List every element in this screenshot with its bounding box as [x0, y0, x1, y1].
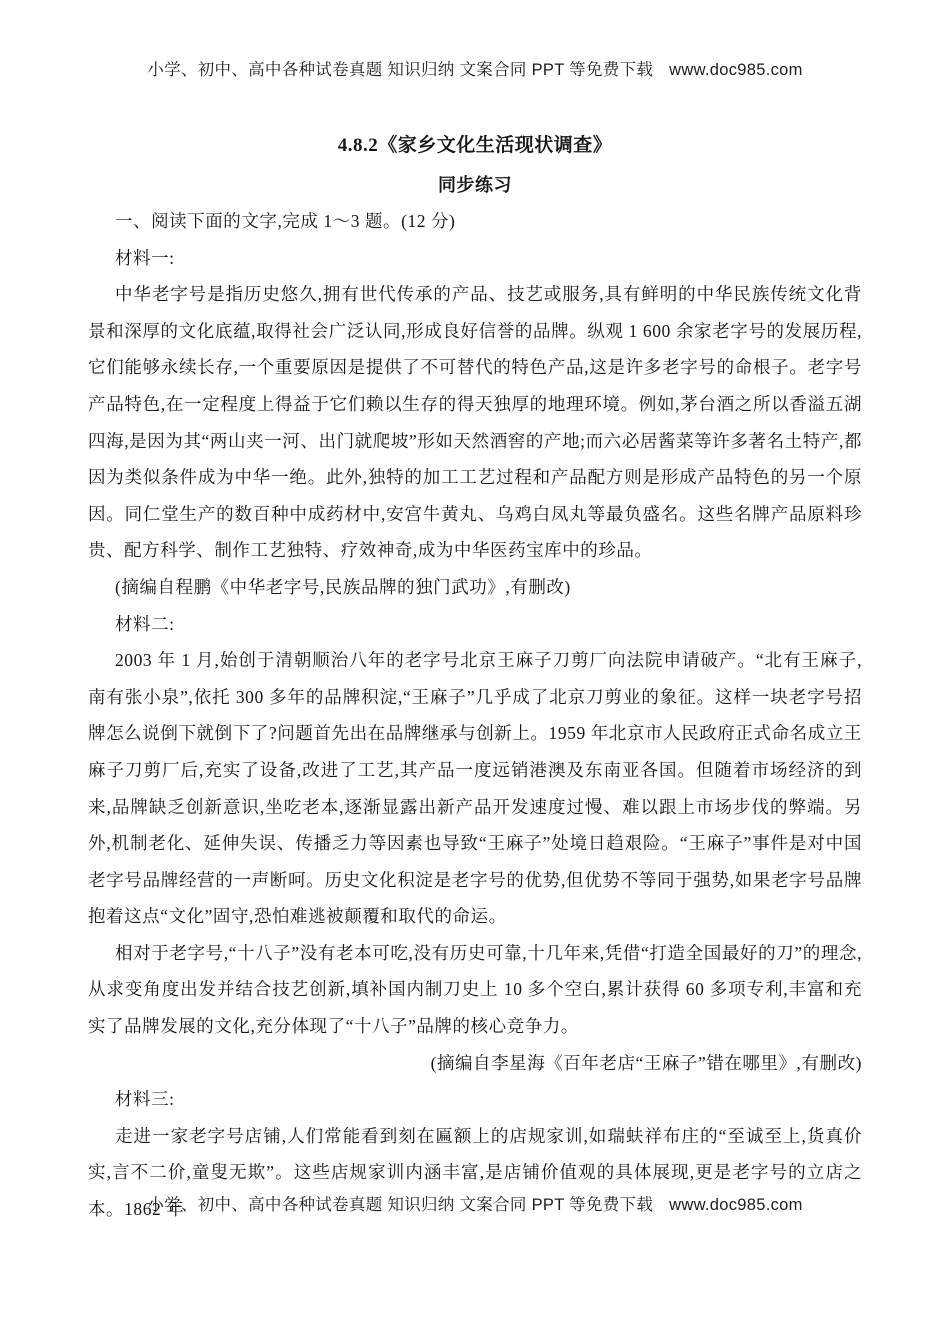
material-2-paragraph-1: 2003 年 1 月,始创于清朝顺治八年的老字号北京王麻子刀剪厂向法院申请破产。… [88, 642, 862, 935]
material-1-label: 材料一: [88, 240, 862, 277]
document-body: 一、阅读下面的文字,完成 1～3 题。(12 分) 材料一: 中华老字号是指历史… [88, 203, 862, 1228]
site-banner-bottom-url: www.doc985.com [669, 1196, 803, 1214]
site-banner-bottom: 小学、初中、高中各种试卷真题 知识归纳 文案合同 PPT 等免费下载www.do… [0, 1195, 950, 1216]
site-banner-top-url: www.doc985.com [669, 61, 803, 79]
material-2-paragraph-2: 相对于老字号,“十八子”没有老本可吃,没有历史可靠,十几年来,凭借“打造全国最好… [88, 935, 862, 1045]
site-banner-bottom-text: 小学、初中、高中各种试卷真题 知识归纳 文案合同 PPT 等免费下载 [147, 1196, 653, 1214]
document-title: 4.8.2《家乡文化生活现状调查》 [88, 133, 862, 159]
document-page: 4.8.2《家乡文化生活现状调查》 同步练习 一、阅读下面的文字,完成 1～3 … [88, 133, 862, 1228]
material-1-paragraph: 中华老字号是指历史悠久,拥有世代传承的产品、技艺或服务,具有鲜明的中华民族传统文… [88, 276, 862, 569]
material-1-credit: (摘编自程鹏《中华老字号,民族品牌的独门武功》,有删改) [88, 569, 862, 606]
material-2-credit: (摘编自李星海《百年老店“王麻子”错在哪里》,有删改) [88, 1045, 862, 1082]
section-instruction: 一、阅读下面的文字,完成 1～3 题。(12 分) [88, 203, 862, 240]
site-banner-top-text: 小学、初中、高中各种试卷真题 知识归纳 文案合同 PPT 等免费下载 [147, 61, 653, 79]
material-3-label: 材料三: [88, 1081, 862, 1118]
site-banner-top: 小学、初中、高中各种试卷真题 知识归纳 文案合同 PPT 等免费下载www.do… [0, 60, 950, 81]
material-2-label: 材料二: [88, 606, 862, 643]
document-subtitle: 同步练习 [88, 173, 862, 197]
